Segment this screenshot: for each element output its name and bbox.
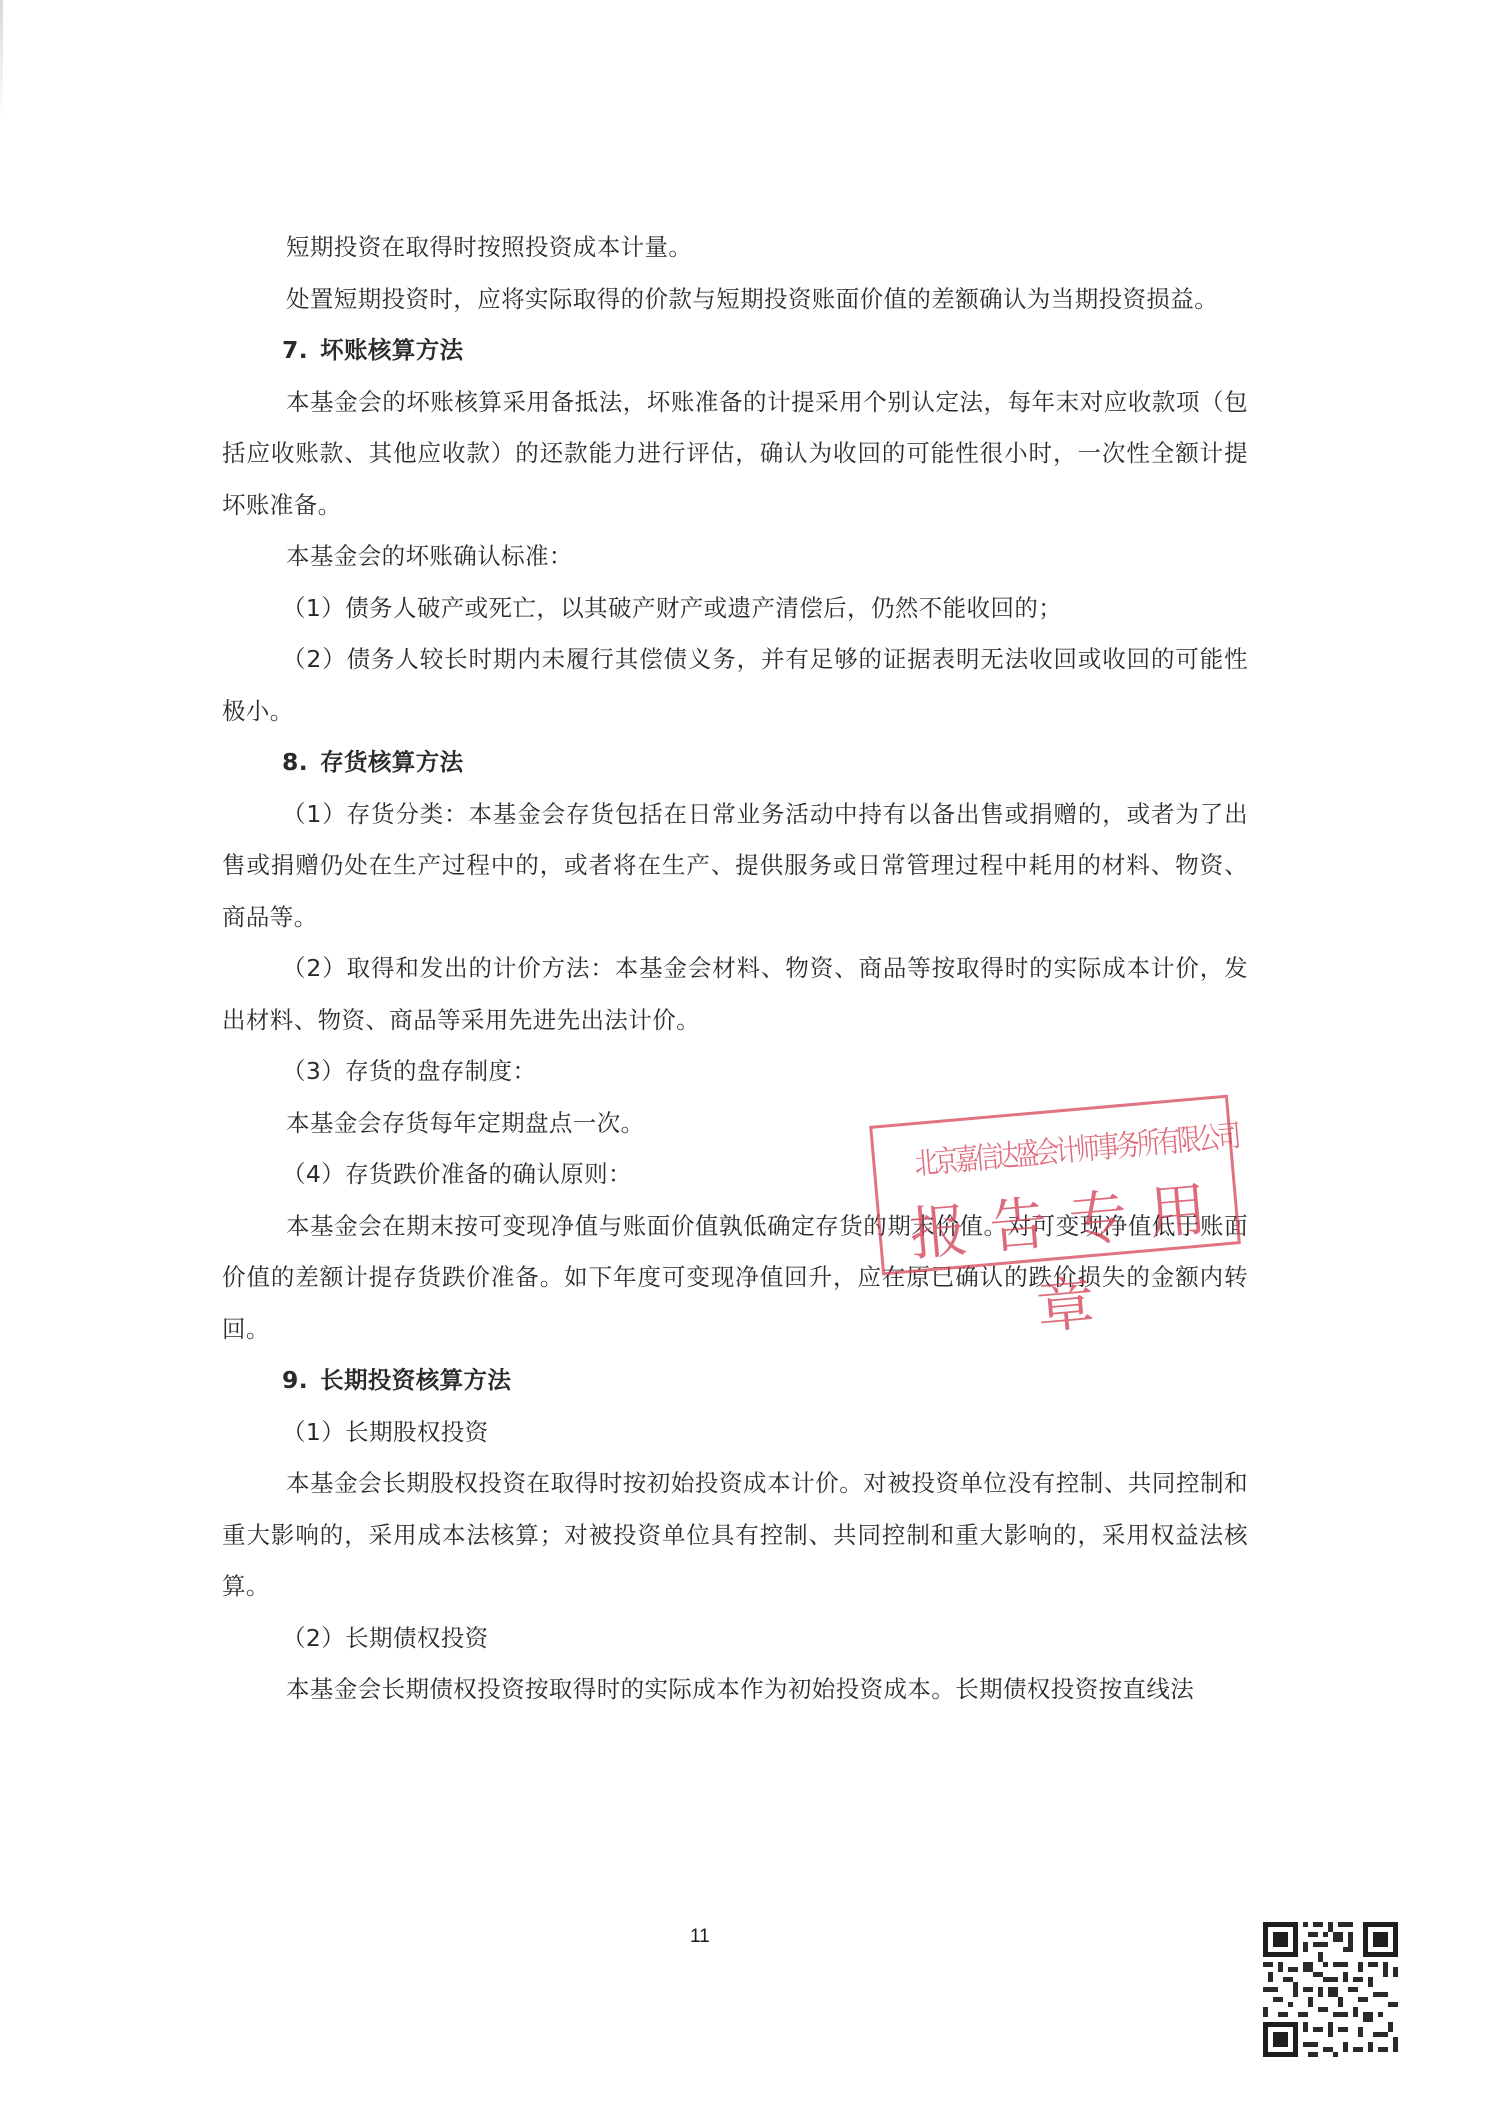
list-item: （1）债务人破产或死亡，以其破产财产或遗产清偿后，仍然不能收回的； (222, 583, 1248, 635)
paragraph: 本基金会长期债权投资按取得时的实际成本作为初始投资成本。长期债权投资按直线法 (222, 1664, 1248, 1716)
document-body: 短期投资在取得时按照投资成本计量。 处置短期投资时，应将实际取得的价款与短期投资… (222, 222, 1248, 1716)
stamp-label: 报告专用章 (878, 1160, 1245, 1358)
subsection-title: （2）长期债权投资 (222, 1613, 1248, 1665)
section-number: 9. (282, 1366, 308, 1394)
list-item: （2）取得和发出的计价方法：本基金会材料、物资、商品等按取得时的实际成本计价，发… (222, 943, 1248, 1046)
paragraph: 本基金会的坏账确认标准： (222, 531, 1248, 583)
section-heading-9: 9.长期投资核算方法 (222, 1355, 1248, 1407)
scan-edge (0, 0, 3, 120)
qr-code-graphic (1263, 1922, 1398, 2057)
paragraph: 本基金会长期股权投资在取得时按初始投资成本计价。对被投资单位没有控制、共同控制和… (222, 1458, 1248, 1613)
paragraph: 本基金会的坏账核算采用备抵法，坏账准备的计提采用个别认定法，每年末对应收款项（包… (222, 377, 1248, 532)
paragraph: 处置短期投资时，应将实际取得的价款与短期投资账面价值的差额确认为当期投资损益。 (222, 274, 1248, 326)
qr-code-icon (1263, 1922, 1398, 2057)
section-title: 长期投资核算方法 (320, 1366, 511, 1394)
paragraph: 短期投资在取得时按照投资成本计量。 (222, 222, 1248, 274)
official-seal-stamp: 北京嘉信达盛会计师事务所有限公司 报告专用章 (869, 1095, 1241, 1276)
document-page: 短期投资在取得时按照投资成本计量。 处置短期投资时，应将实际取得的价款与短期投资… (0, 0, 1500, 2121)
section-number: 7. (282, 336, 308, 364)
section-number: 8. (282, 748, 308, 776)
list-item: （1）存货分类：本基金会存货包括在日常业务活动中持有以备出售或捐赠的，或者为了出… (222, 789, 1248, 944)
section-heading-8: 8.存货核算方法 (222, 737, 1248, 789)
subsection-title: （1）长期股权投资 (222, 1407, 1248, 1459)
section-title: 存货核算方法 (320, 748, 463, 776)
section-title: 坏账核算方法 (320, 336, 463, 364)
section-heading-7: 7.坏账核算方法 (222, 325, 1248, 377)
list-item: （3）存货的盘存制度： (222, 1046, 1248, 1098)
page-number: 11 (690, 1926, 710, 1948)
list-item: （2）债务人较长时期内未履行其偿债义务，并有足够的证据表明无法收回或收回的可能性… (222, 634, 1248, 737)
